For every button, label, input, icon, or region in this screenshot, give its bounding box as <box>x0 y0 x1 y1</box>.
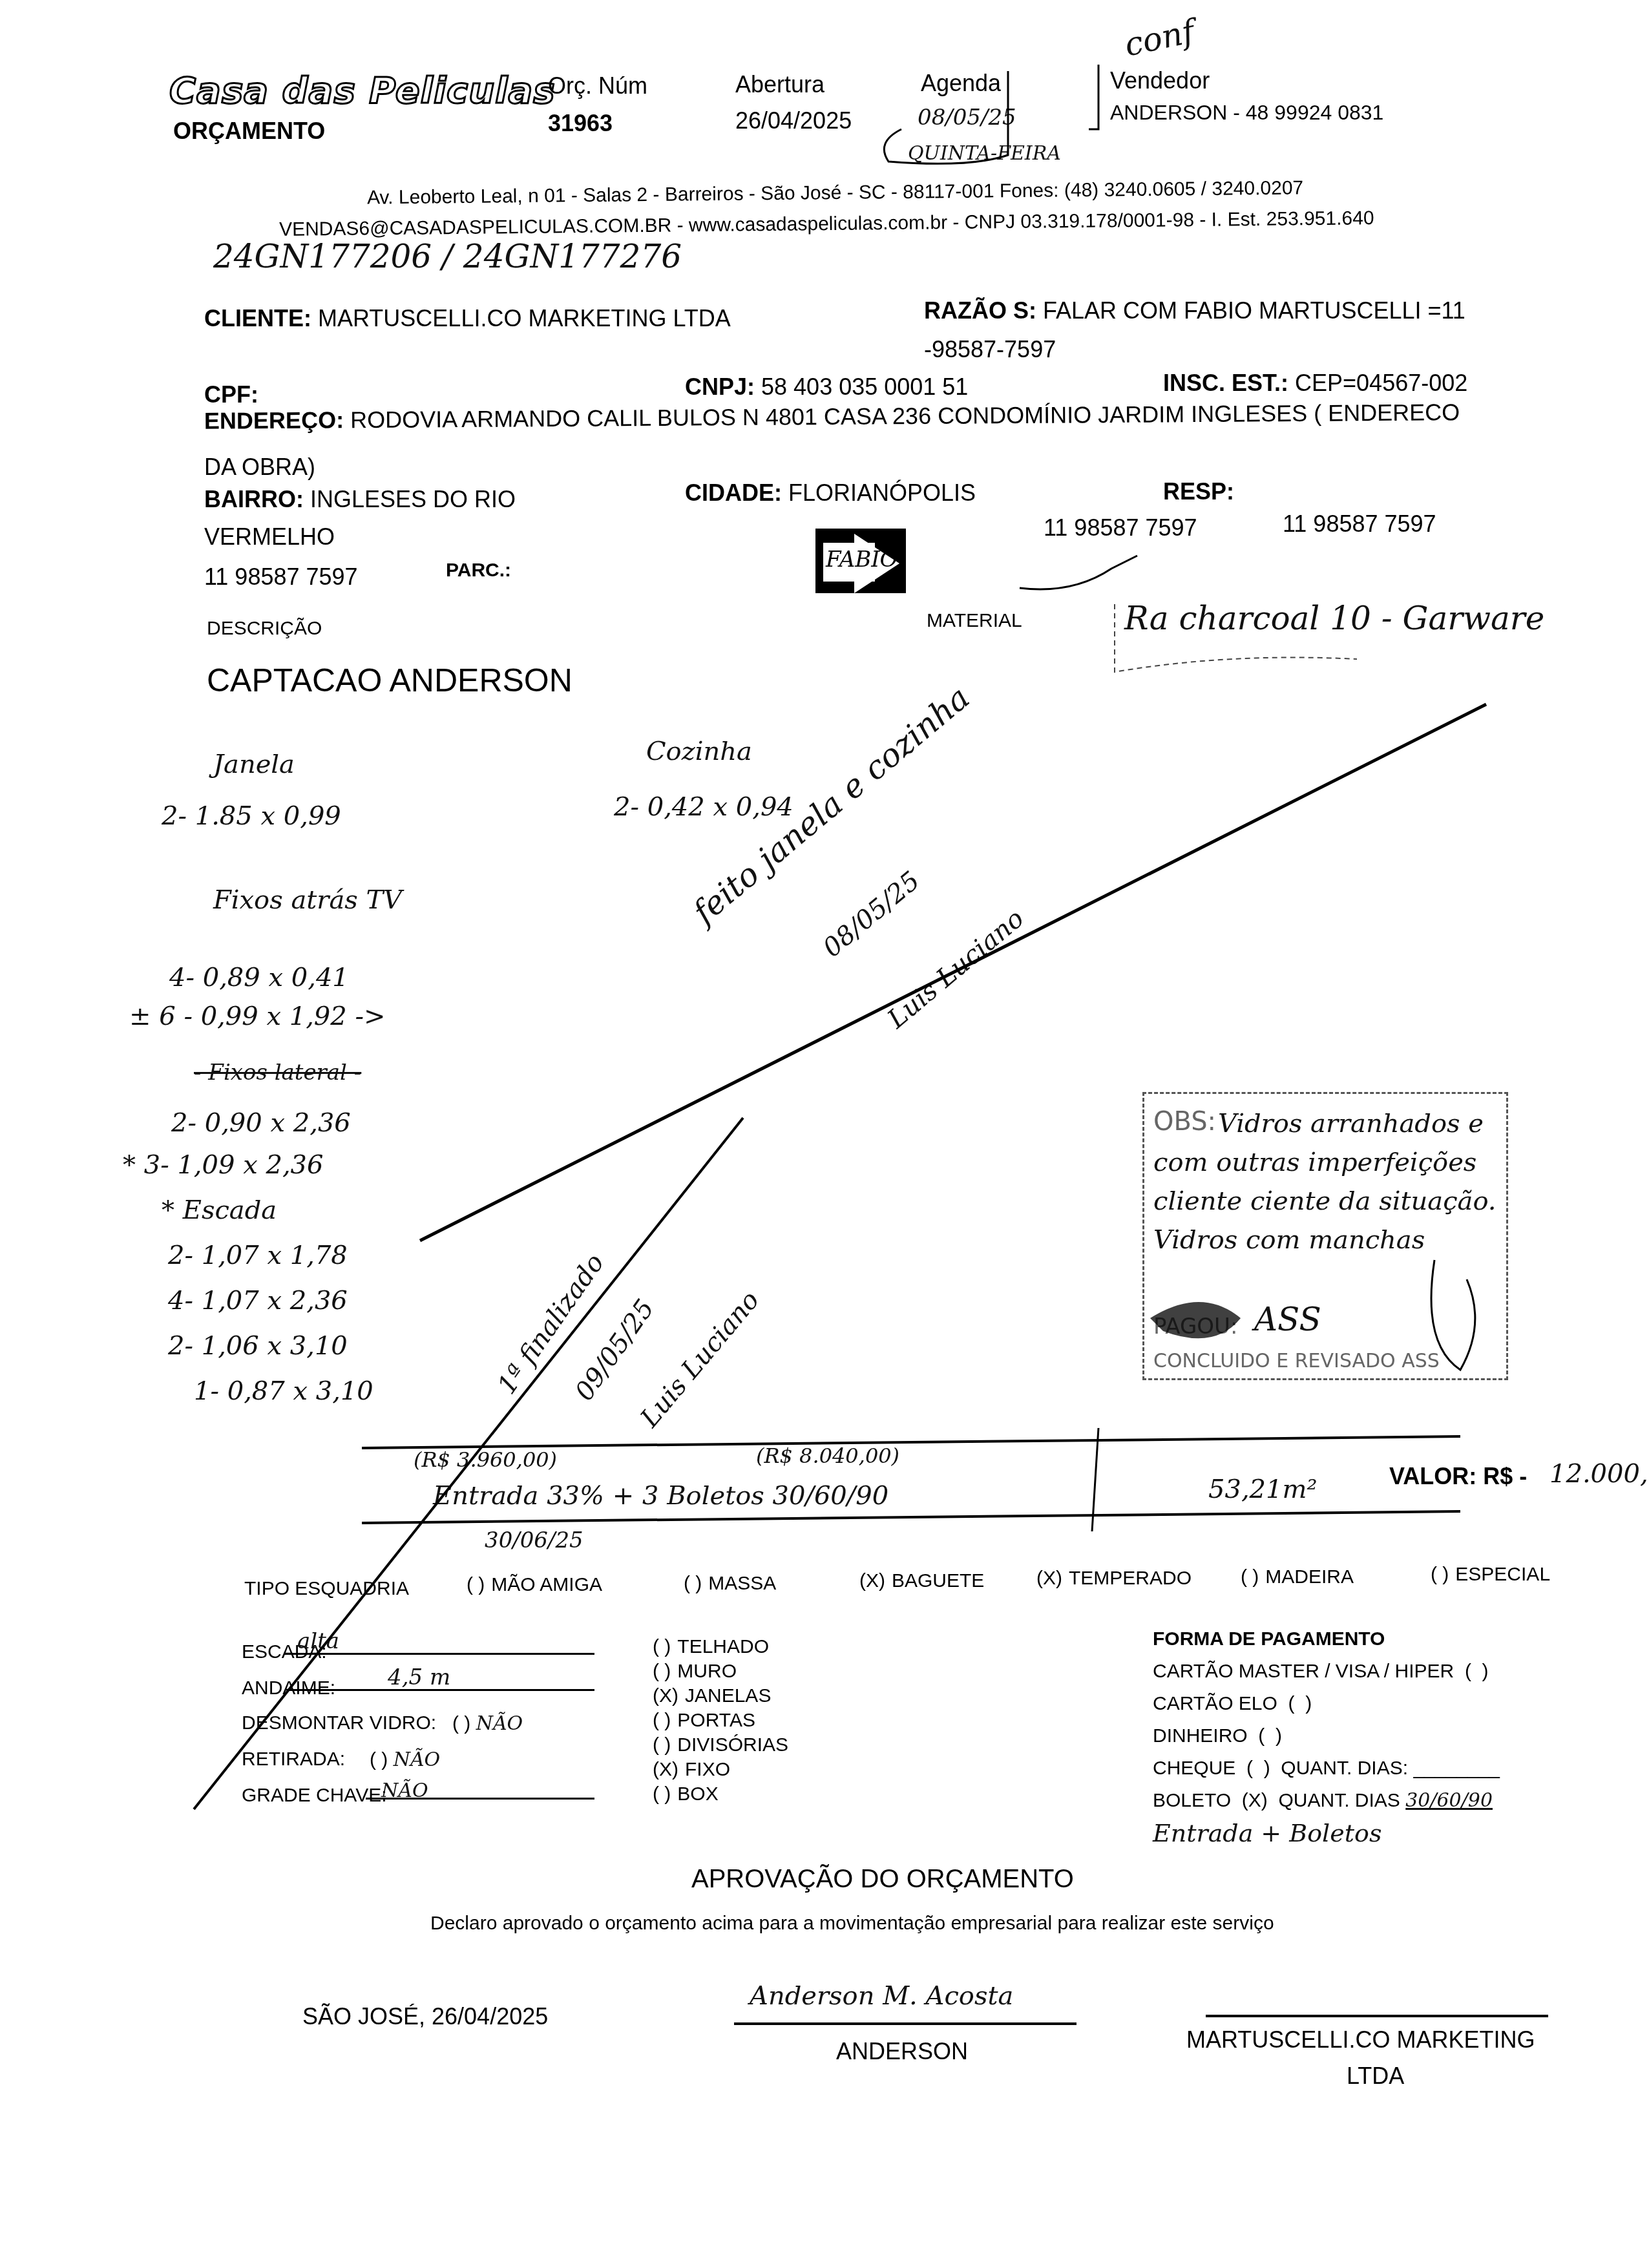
valor-label: VALOR: R$ - <box>1389 1463 1527 1490</box>
item-janela-header: Janela <box>213 750 295 779</box>
resp-phone-1: 11 98587 7597 <box>1044 514 1197 541</box>
vendedor-label: Vendedor <box>1110 67 1210 94</box>
quant-dias-label: QUANT. DIAS: <box>1281 1758 1408 1779</box>
seller-signature: Anderson M. Acosta <box>750 1981 1013 2011</box>
bairro-value-2: VERMELHO <box>204 523 335 551</box>
andaime-value[interactable]: 4,5 m <box>388 1664 450 1690</box>
cliente-field: CLIENTE: MARTUSCELLI.CO MARKETING LTDA <box>204 305 731 332</box>
desmontar-value: NÃO <box>476 1712 523 1735</box>
cnpj-field: CNPJ: 58 403 035 0001 51 <box>685 373 968 401</box>
insc-label: INSC. EST.: <box>1163 370 1288 396</box>
completion-note-1-names: Luis Luciano <box>882 904 1029 1034</box>
cidade-label: CIDADE: <box>685 479 782 506</box>
item-line: ± 6 - 0,99 x 1,92 -> <box>129 1002 385 1031</box>
local-label: MURO <box>677 1661 737 1682</box>
esquadria-option-mao-amiga[interactable]: ( )MÃO AMIGA <box>467 1574 602 1596</box>
boleto-dias-value: 30/60/90 <box>1405 1789 1493 1812</box>
material-value: Ra charcoal 10 - Garware <box>1124 600 1544 637</box>
item-line: 4- 1,07 x 2,36 <box>168 1286 348 1316</box>
endereco-value-2: DA OBRA) <box>204 454 315 481</box>
local-label: TELHADO <box>677 1636 769 1657</box>
razao-value: FALAR COM FABIO MARTUSCELLI =11 <box>1043 297 1465 324</box>
abertura-date: 26/04/2025 <box>735 107 852 134</box>
quant-dias-label: QUANT. DIAS <box>1279 1790 1400 1811</box>
contact-sticker: FABIO <box>815 529 906 593</box>
retirada-label: RETIRADA: <box>242 1748 345 1770</box>
desmontar-field[interactable]: ( ) NÃO <box>452 1712 523 1735</box>
seller-name: ANDERSON <box>836 2038 968 2065</box>
endereco-value: RODOVIA ARMANDO CALIL BULOS N 4801 CASA … <box>350 399 1460 433</box>
local-divisorias[interactable]: ( )DIVISÓRIAS <box>653 1733 788 1758</box>
option-label: MASSA <box>708 1573 776 1594</box>
obs-text: Vidros arranhados e com outras imperfeiç… <box>1153 1104 1502 1259</box>
insc-value: CEP=04567-002 <box>1295 370 1467 396</box>
client-signature-name-2: LTDA <box>1347 2063 1404 2090</box>
partial-value-2: (R$ 8.040,00) <box>756 1444 899 1468</box>
descricao-title: CAPTACAO ANDERSON <box>207 662 572 699</box>
payment-label: DINHEIRO <box>1153 1725 1248 1747</box>
endereco-field: ENDEREÇO: RODOVIA ARMANDO CALIL BULOS N … <box>204 399 1460 435</box>
retirada-field[interactable]: ( ) NÃO <box>370 1748 440 1771</box>
handwritten-codes: 24GN177206 / 24GN177276 <box>213 238 682 275</box>
item-line: 4- 0,89 x 0,41 <box>169 963 349 992</box>
esquadria-label: TIPO ESQUADRIA <box>244 1578 409 1600</box>
parc-label: PARC.: <box>446 560 511 582</box>
locais-list: ( )TELHADO ( )MURO (X)JANELAS ( )PORTAS … <box>653 1635 788 1807</box>
option-label: MÃO AMIGA <box>491 1574 602 1595</box>
option-label: TEMPERADO <box>1069 1568 1192 1589</box>
company-contact: VENDAS6@CASADASPELICULAS.COM.BR - www.ca… <box>279 207 1374 241</box>
pagou-label: PAGOU: <box>1153 1314 1237 1339</box>
payment-label: CARTÃO MASTER / VISA / HIPER <box>1153 1661 1454 1682</box>
completion-note-1-date: 08/05/25 <box>817 866 925 963</box>
option-label: BAGUETE <box>892 1570 984 1591</box>
cliente-value: MARTUSCELLI.CO MARKETING LTDA <box>318 305 731 331</box>
payment-section: FORMA DE PAGAMENTO CARTÃO MASTER / VISA … <box>1153 1623 1500 1849</box>
material-label: MATERIAL <box>927 610 1022 632</box>
checkbox-mao-amiga[interactable]: ( ) <box>467 1574 485 1596</box>
payment-label: CARTÃO ELO <box>1153 1693 1277 1714</box>
payment-option-boleto-checked[interactable]: BOLETO (X) QUANT. DIAS 30/60/90 <box>1153 1785 1500 1817</box>
andaime-label: ANDAIME: <box>242 1677 335 1699</box>
payment-date: 30/06/25 <box>485 1528 583 1553</box>
descricao-label: DESCRIÇÃO <box>207 618 322 640</box>
obs-box: OBS: Vidros arranhados e com outras impe… <box>1142 1092 1508 1380</box>
razao-value-2: -98587-7597 <box>924 336 1056 363</box>
brand-logo: Casa das Peliculas <box>169 70 556 112</box>
razao-label: RAZÃO S: <box>924 297 1036 324</box>
item-escada-header: * Escada <box>162 1195 277 1225</box>
local-label: FIXO <box>685 1759 730 1780</box>
local-portas[interactable]: ( )PORTAS <box>653 1708 788 1733</box>
payment-option-master[interactable]: CARTÃO MASTER / VISA / HIPER ( ) <box>1153 1655 1500 1688</box>
partial-value-1: (R$ 3.960,00) <box>414 1447 557 1472</box>
item-line: 2- 1,07 x 1,78 <box>168 1241 348 1270</box>
payment-option-cheque[interactable]: CHEQUE ( ) QUANT. DIAS: ________ <box>1153 1752 1500 1785</box>
escada-value[interactable]: alta <box>297 1628 339 1654</box>
checkbox-madeira[interactable]: ( ) <box>1241 1566 1259 1588</box>
bairro-field: BAIRRO: INGLESES DO RIO <box>204 486 516 513</box>
approval-declaration: Declaro aprovado o orçamento acima para … <box>430 1913 1274 1935</box>
agenda-day-handwritten: QUINTA-FEIRA <box>908 142 1061 165</box>
client-signature-name: MARTUSCELLI.CO MARKETING <box>1186 2026 1535 2053</box>
desmontar-checkbox[interactable]: ( ) <box>452 1713 470 1734</box>
cnpj-label: CNPJ: <box>685 373 755 400</box>
esquadria-option-massa[interactable]: ( )MASSA <box>684 1573 776 1595</box>
concluido-label: CONCLUIDO E REVISADO ASS <box>1153 1350 1440 1372</box>
agenda-label: Agenda <box>921 70 1001 97</box>
local-label: JANELAS <box>685 1685 771 1706</box>
checkbox-baguete-checked[interactable]: (X) <box>859 1570 885 1592</box>
approval-title: APROVAÇÃO DO ORÇAMENTO <box>691 1865 1074 1894</box>
razao-field: RAZÃO S: FALAR COM FABIO MARTUSCELLI =11 <box>924 297 1465 324</box>
local-label: DIVISÓRIAS <box>677 1734 788 1756</box>
checkbox-massa[interactable]: ( ) <box>684 1573 702 1595</box>
area-total: 53,21m² <box>1208 1475 1317 1504</box>
valor-value: 12.000,00 <box>1549 1459 1649 1489</box>
cliente-label: CLIENTE: <box>204 305 311 331</box>
payment-label: BOLETO <box>1153 1790 1231 1811</box>
local-box[interactable]: ( )BOX <box>653 1782 788 1807</box>
local-fixo-checked[interactable]: (X)FIXO <box>653 1758 788 1782</box>
grade-label: GRADE CHAVE: <box>242 1785 387 1807</box>
insc-field: INSC. EST.: CEP=04567-002 <box>1163 370 1467 397</box>
local-muro[interactable]: ( )MURO <box>653 1659 788 1684</box>
option-label: MADEIRA <box>1265 1566 1354 1588</box>
endereco-label: ENDEREÇO: <box>204 406 344 434</box>
payment-option-dinheiro[interactable]: DINHEIRO ( ) <box>1153 1720 1500 1752</box>
local-telhado[interactable]: ( )TELHADO <box>653 1635 788 1659</box>
item-fixos-header: Fixos atrás TV <box>213 885 402 915</box>
bairro-label: BAIRRO: <box>204 486 304 512</box>
item-line: 1- 0,87 x 3,10 <box>194 1376 373 1406</box>
arrow-stroke <box>1020 556 1137 589</box>
grade-value[interactable]: NÃO <box>381 1780 428 1802</box>
payment-terms: Entrada 33% + 3 Boletos 30/60/90 <box>433 1481 888 1511</box>
payment-note: Entrada + Boletos <box>1153 1817 1500 1849</box>
orc-label: Orç. Núm <box>548 72 647 100</box>
pagou-value: ASS <box>1254 1301 1321 1338</box>
orc-number: 31963 <box>548 110 613 137</box>
company-address: Av. Leoberto Leal, n 01 - Salas 2 - Barr… <box>367 177 1303 209</box>
option-label: ESPECIAL <box>1455 1564 1550 1585</box>
esquadria-option-especial[interactable]: ( )ESPECIAL <box>1431 1564 1550 1586</box>
agenda-date-handwritten: 08/05/25 <box>918 105 1016 131</box>
payment-option-elo[interactable]: CARTÃO ELO ( ) <box>1153 1688 1500 1720</box>
cnpj-value: 58 403 035 0001 51 <box>761 373 968 400</box>
item-line: 2- 0,90 x 2,36 <box>171 1108 351 1138</box>
resp-label: RESP: <box>1163 478 1234 505</box>
completion-note-2-date: 09/05/25 <box>569 1294 660 1407</box>
checkbox-temperado-checked[interactable]: (X) <box>1036 1568 1062 1590</box>
resp-phone-2: 11 98587 7597 <box>1283 510 1436 538</box>
cidade-field: CIDADE: FLORIANÓPOLIS <box>685 479 976 507</box>
esquadria-option-temperado[interactable]: (X)TEMPERADO <box>1036 1568 1192 1590</box>
retirada-checkbox[interactable]: ( ) <box>370 1749 388 1770</box>
client-phone: 11 98587 7597 <box>204 563 358 591</box>
item-line: 2- 0,42 x 0,94 <box>614 792 793 822</box>
approval-place-date: SÃO JOSÉ, 26/04/2025 <box>302 2003 548 2030</box>
bairro-value: INGLESES DO RIO <box>310 486 516 512</box>
cidade-value: FLORIANÓPOLIS <box>788 479 976 506</box>
esquadria-option-madeira[interactable]: ( )MADEIRA <box>1241 1566 1354 1588</box>
vendedor-value: ANDERSON - 48 99924 0831 <box>1110 101 1383 125</box>
desmontar-label: DESMONTAR VIDRO: <box>242 1712 436 1734</box>
payment-label: CHEQUE <box>1153 1758 1235 1779</box>
local-label: PORTAS <box>677 1710 755 1731</box>
abertura-label: Abertura <box>735 71 824 98</box>
item-line: 2- 1.85 x 0,99 <box>162 801 341 831</box>
contact-sticker-name: FABIO <box>826 547 898 572</box>
payment-title: FORMA DE PAGAMENTO <box>1153 1623 1500 1655</box>
item-line: * 3- 1,09 x 2,36 <box>123 1150 324 1180</box>
item-line: 2- 1,06 x 3,10 <box>168 1331 348 1361</box>
cpf-label: CPF: <box>204 381 258 408</box>
item-fixos-lateral: - Fixos lateral - <box>194 1060 361 1086</box>
retirada-value: NÃO <box>394 1748 441 1771</box>
item-cozinha-header: Cozinha <box>646 737 752 766</box>
vendedor-note-handwritten: conf <box>1121 12 1198 63</box>
esquadria-option-baguete[interactable]: (X)BAGUETE <box>859 1570 984 1592</box>
document-type: ORÇAMENTO <box>173 118 325 145</box>
local-label: BOX <box>677 1783 718 1805</box>
local-janelas-checked[interactable]: (X)JANELAS <box>653 1684 788 1708</box>
checkbox-especial[interactable]: ( ) <box>1431 1564 1449 1586</box>
